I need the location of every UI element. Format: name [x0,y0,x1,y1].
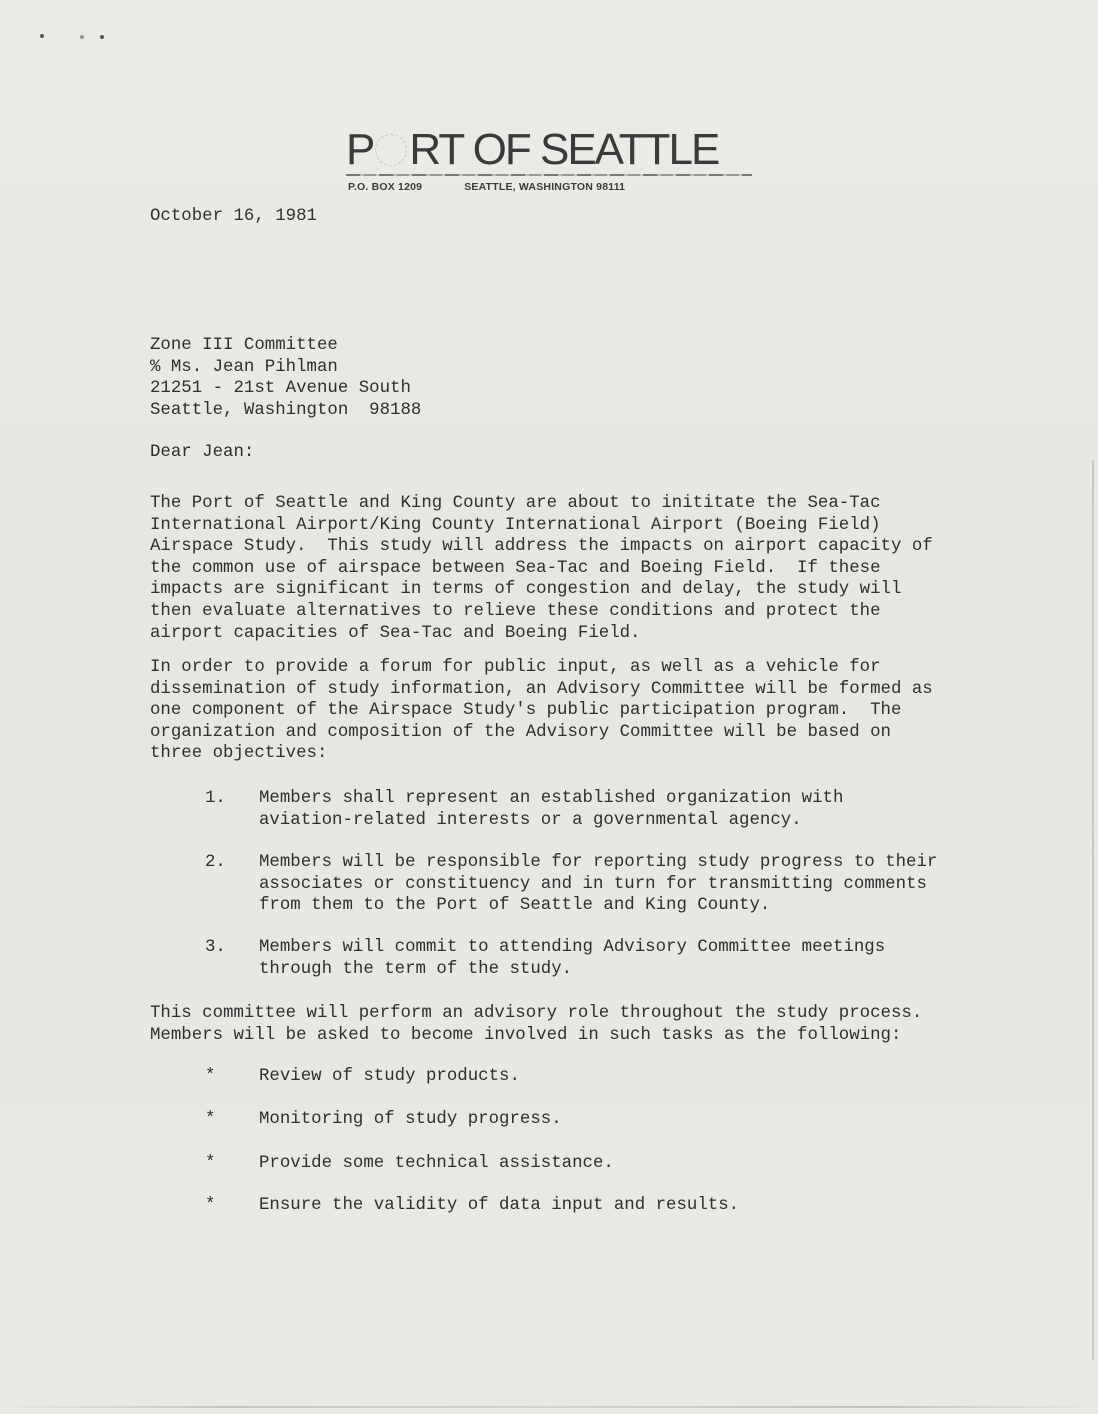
task-text: Ensure the validity of data input and re… [259,1195,739,1217]
recipient-line: Zone III Committee [150,335,421,357]
paragraph-intro: The Port of Seattle and King County are … [150,493,933,644]
objective-text: Members will be responsible for reportin… [259,852,937,917]
task-text: Monitoring of study progress. [259,1109,562,1131]
task-text: Review of study products. [259,1066,520,1088]
objective-number: 3. [205,937,226,959]
asterisk-bullet-icon: * [205,1153,215,1175]
paragraph-advisory-role: This committee will perform an advisory … [150,1003,922,1046]
globe-icon [375,134,407,166]
objective-number: 2. [205,852,226,874]
asterisk-bullet-icon: * [205,1195,215,1217]
objective-text: Members shall represent an established o… [259,788,843,831]
objective-text: Members will commit to attending Advisor… [259,937,885,980]
task-text: Provide some technical assistance. [259,1153,614,1175]
asterisk-bullet-icon: * [205,1066,215,1088]
port-of-seattle-logo: P RT OF SEATTLE [346,128,756,172]
recipient-line: Seattle, Washington 98188 [150,400,421,422]
logo-suffix: RT OF SEATTLE [409,128,718,172]
recipient-line: % Ms. Jean Pihlman [150,357,421,379]
letter-date: October 16, 1981 [150,206,317,228]
po-box: P.O. BOX 1209 [348,181,422,193]
objective-number: 1. [205,788,226,810]
recipient-line: 21251 - 21st Avenue South [150,378,421,400]
letterhead-rule [346,174,752,176]
salutation: Dear Jean: [150,442,254,464]
asterisk-bullet-icon: * [205,1109,215,1131]
city-line: SEATTLE, WASHINGTON 98111 [464,181,625,193]
recipient-address: Zone III Committee% Ms. Jean Pihlman2125… [150,335,421,421]
paragraph-advisory-committee: In order to provide a forum for public i… [150,657,933,765]
letter-page: P RT OF SEATTLE P.O. BOX 1209 SEATTLE, W… [0,0,1098,1414]
letterhead-address: P.O. BOX 1209 SEATTLE, WASHINGTON 98111 [346,181,756,193]
logo-prefix: P [346,128,373,172]
page-edge [1092,460,1094,1360]
letterhead: P RT OF SEATTLE P.O. BOX 1209 SEATTLE, W… [346,128,756,193]
page-edge [0,1406,1098,1408]
